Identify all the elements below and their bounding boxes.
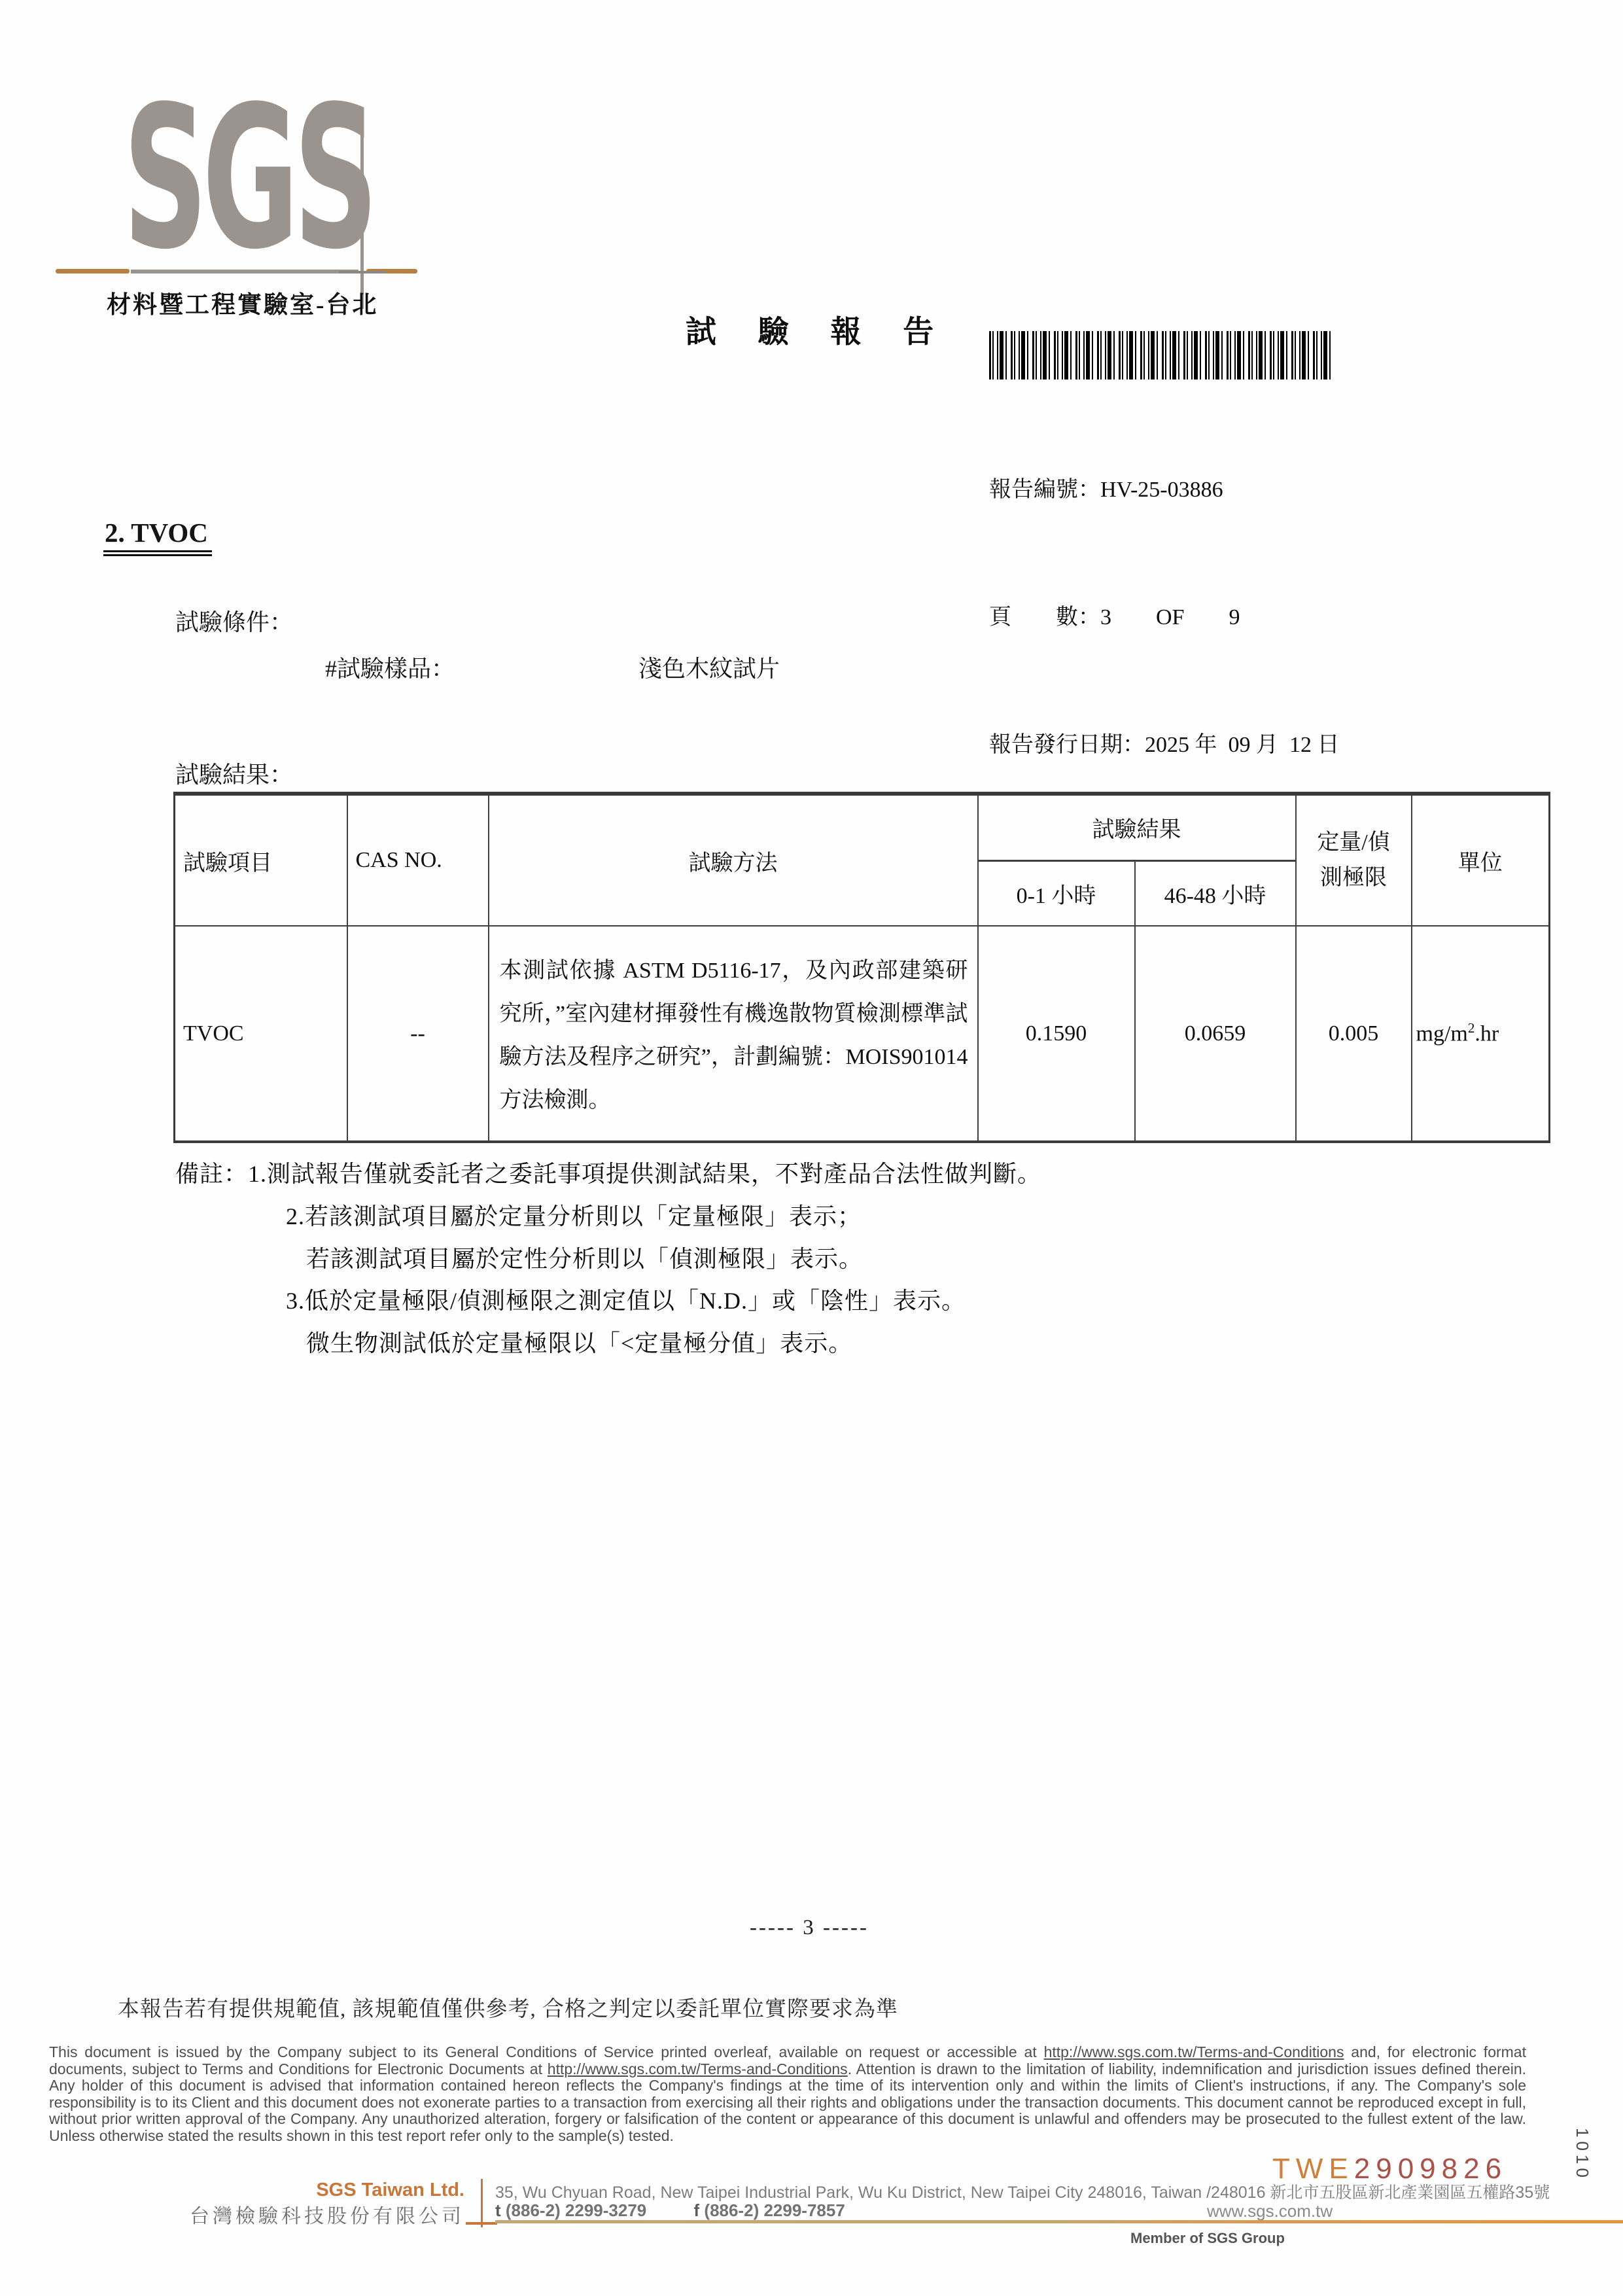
unit-superscript: 2 <box>1468 1020 1475 1036</box>
company-address: 35, Wu Chyuan Road, New Taipei Industria… <box>495 2180 1607 2203</box>
logo-star-icon <box>339 271 386 274</box>
issue-date-label: 報告發行日期： <box>989 733 1145 757</box>
note-line-1: 備註：1.測試報告僅就委託者之委託事項提供測試結果，不對產品合法性做判斷。 <box>175 1156 1041 1189</box>
table-row: TVOC -- 本測試依據 ASTM D5116-17，及內政部建築研究所，”室… <box>175 926 1550 1142</box>
section-heading-tvoc: 2. TVOC <box>103 517 212 556</box>
company-phone-fax: t (886-2) 2299-3279 f (886-2) 2299-7857 <box>495 2200 845 2221</box>
col-header-unit: 單位 <box>1412 794 1550 926</box>
result-table: 試驗項目 CAS NO. 試驗方法 試驗結果 定量/偵測極限 單位 0-1 小時… <box>173 792 1550 1143</box>
legal-terms-link-2: http://www.sgs.com.tw/Terms-and-Conditio… <box>548 2060 848 2077</box>
fax-number: (886-2) 2299-7857 <box>704 2200 845 2220</box>
col-header-cas: CAS NO. <box>347 794 489 926</box>
logo-accent-dash-left <box>56 269 130 274</box>
row-cas: -- <box>347 926 489 1142</box>
footer-divider-tick <box>466 2222 497 2225</box>
row-limit: 0.005 <box>1296 926 1412 1142</box>
footer-rule <box>495 2220 1623 2223</box>
page-count-line: 頁 數：3 OF 9 <box>989 596 1340 639</box>
col-header-0-1hr: 0-1 小時 <box>978 860 1135 926</box>
company-name-en: SGS Taiwan Ltd. <box>183 2180 464 2201</box>
report-title: 試 驗 報 告 <box>686 308 951 351</box>
legal-text-1: This document is issued by the Company s… <box>49 2043 1044 2060</box>
note-line-2: 2.若該測試項目屬於定量分析則以「定量極限」表示； <box>286 1198 862 1231</box>
col-header-result-group: 試驗結果 <box>978 794 1296 860</box>
issue-date-line: 報告發行日期：2025 年 09 月 12 日 <box>989 724 1340 766</box>
barcode <box>989 331 1335 380</box>
report-info-block: 報告編號：HV-25-03886 頁 數：3 OF 9 報告發行日期：2025 … <box>989 383 1340 851</box>
col-header-item: 試驗項目 <box>175 794 347 926</box>
footer-divider <box>481 2179 483 2227</box>
col-header-method: 試驗方法 <box>489 794 978 926</box>
test-result-label: 試驗結果： <box>175 756 293 790</box>
report-number-label: 報告編號： <box>989 478 1100 502</box>
issue-date-value: 2025 年 09 月 12 日 <box>1145 733 1340 757</box>
col-header-limit: 定量/偵測極限 <box>1296 794 1412 926</box>
page-number: ----- 3 ----- <box>613 1916 1005 1940</box>
legal-terms-link-1: http://www.sgs.com.tw/Terms-and-Conditio… <box>1044 2043 1344 2060</box>
company-website: www.sgs.com.tw <box>1207 2201 1333 2221</box>
lab-name: 材料暨工程實驗室-台北 <box>107 285 378 320</box>
test-condition-label: 試驗條件： <box>175 604 293 637</box>
sgs-logo: SGS <box>123 97 373 260</box>
row-result-0-1hr: 0.1590 <box>978 926 1135 1142</box>
tel-number: (886-2) 2299-3279 <box>506 2200 646 2220</box>
logo-vertical-rule <box>360 113 364 309</box>
row-method: 本測試依據 ASTM D5116-17，及內政部建築研究所，”室內建材揮發性有機… <box>489 926 978 1142</box>
company-name-zh: 台灣檢驗科技股份有限公司 <box>164 2200 464 2229</box>
unit-base: mg/m <box>1416 1022 1468 1046</box>
page-count-label: 頁 數： <box>989 605 1100 629</box>
test-sample-value: 淺色木紋試片 <box>638 650 780 684</box>
test-sample-label: #試驗樣品： <box>325 650 455 684</box>
spec-note: 本報告若有提供規範值, 該規範值僅供參考, 合格之判定以委託單位實際要求為準 <box>118 1992 898 2022</box>
unit-tail: .hr <box>1475 1022 1499 1046</box>
report-number-line: 報告編號：HV-25-03886 <box>989 468 1340 511</box>
tel-label: t <box>495 2200 506 2220</box>
col-header-46-48hr: 46-48 小時 <box>1135 860 1296 926</box>
page-count-value: 3 OF 9 <box>1100 605 1240 629</box>
report-number-value: HV-25-03886 <box>1100 478 1223 502</box>
row-item: TVOC <box>175 926 347 1142</box>
row-unit: mg/m2.hr <box>1412 926 1550 1142</box>
test-report-page: SGS 材料暨工程實驗室-台北 試 驗 報 告 報告編號：HV-25-03886… <box>0 0 1623 2296</box>
telfax-gap <box>646 2200 693 2220</box>
legal-disclaimer: This document is issued by the Company s… <box>49 2044 1526 2144</box>
fax-label: f <box>694 2200 705 2220</box>
note-line-3: 若該測試項目屬於定性分析則以「偵測極限」表示。 <box>306 1241 863 1274</box>
member-of-sgs-group: Member of SGS Group <box>1130 2230 1285 2247</box>
row-result-46-48hr: 0.0659 <box>1135 926 1296 1142</box>
note-line-5: 微生物測試低於定量極限以「<定量極分值」表示。 <box>306 1325 852 1358</box>
logo-underline <box>131 270 358 274</box>
note-line-4: 3.低於定量極限/偵測極限之測定值以「N.D.」或「陰性」表示。 <box>286 1282 966 1316</box>
